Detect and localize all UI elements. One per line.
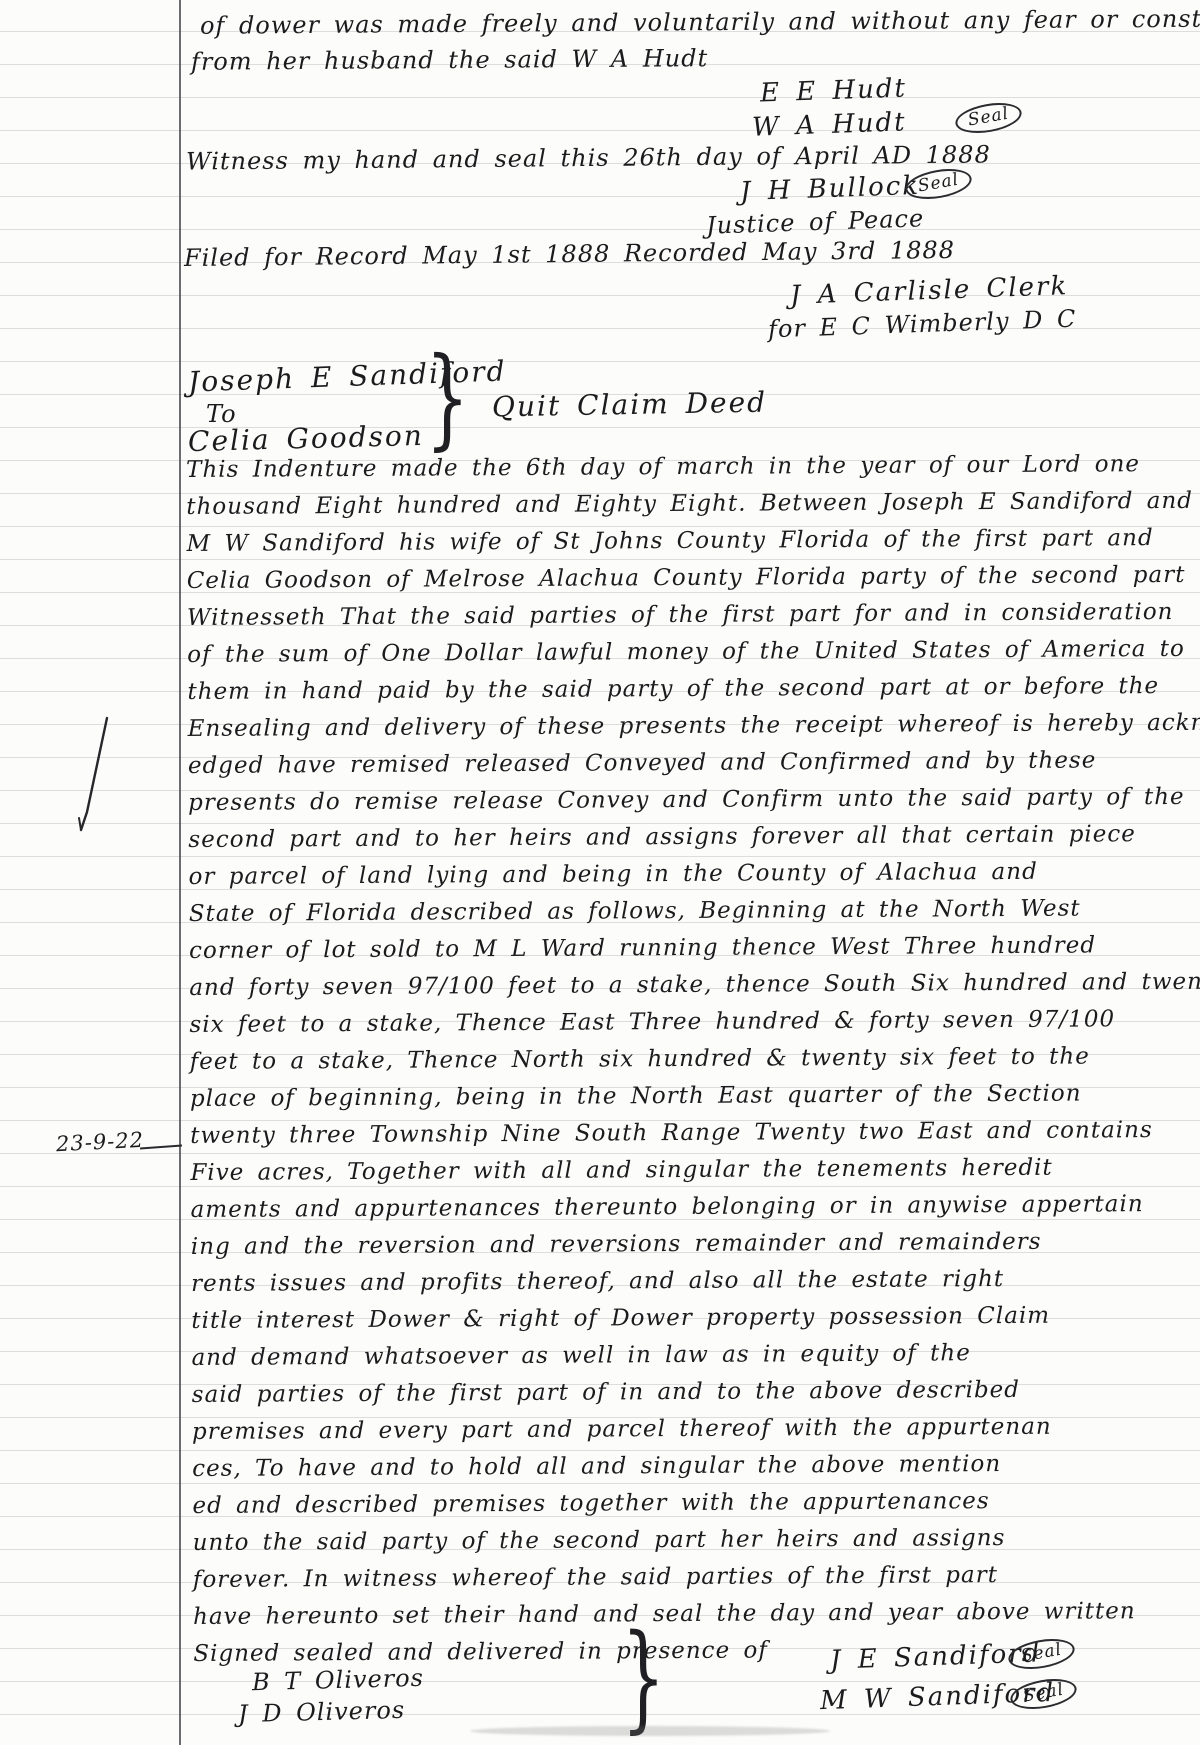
handwritten-line: six feet to a stake, Thence East Three h… [189, 1000, 1200, 1043]
handwritten-line: Celia Goodson of Melrose Alachua County … [187, 557, 1200, 600]
margin-checkmark-icon [78, 712, 112, 838]
handwritten-line: State of Florida described as follows, B… [189, 890, 1200, 933]
handwritten-line: of dower was made freely and voluntarily… [200, 4, 1200, 39]
closing-brace: } [621, 1611, 665, 1745]
handwritten-line: edged have remised released Conveyed and… [188, 742, 1200, 785]
handwritten-line: them in hand paid by the said party of t… [187, 668, 1200, 711]
handwritten-line: or parcel of land lying and being in the… [188, 853, 1200, 896]
deed-body: This Indenture made the 6th day of march… [186, 446, 1200, 1673]
handwritten-line: have hereunto set their hand and seal th… [193, 1592, 1200, 1635]
handwritten-line: second part and to her heirs and assigns… [188, 816, 1200, 859]
handwritten-line: thousand Eight hundred and Eighty Eight.… [186, 483, 1200, 526]
handwritten-line: Five acres, Together with all and singul… [190, 1148, 1200, 1191]
witness-signature-2: J D Oliveros [238, 1696, 406, 1728]
handwritten-line: from her husband the said W A Hudt [191, 44, 708, 76]
handwritten-line: ces, To have and to hold all and singula… [192, 1444, 1200, 1487]
handwritten-line: title interest Dower & right of Dower pr… [191, 1296, 1200, 1339]
margin-section-note: 23-9-22 [55, 1128, 144, 1157]
handwritten-line: rents issues and profits thereof, and al… [191, 1259, 1200, 1302]
handwritten-line: aments and appurtenances thereunto belon… [191, 1185, 1200, 1228]
handwritten-line: M W Sandiford his wife of St Johns Count… [186, 520, 1200, 563]
caption-brace: } [425, 334, 469, 462]
handwritten-line: unto the said party of the second part h… [193, 1518, 1200, 1561]
handwritten-line: ing and the reversion and reversions rem… [191, 1222, 1200, 1265]
handwritten-line: and forty seven 97/100 feet to a stake, … [189, 963, 1200, 1006]
handwritten-line: said parties of the first part of in and… [192, 1370, 1200, 1413]
handwritten-line: place of beginning, being in the North E… [190, 1074, 1200, 1117]
handwritten-line: forever. In witness whereof the said par… [193, 1555, 1200, 1598]
filing-record-line: Filed for Record May 1st 1888 Recorded M… [184, 236, 955, 272]
handwritten-line: This Indenture made the 6th day of march… [186, 446, 1200, 489]
instrument-title: Quit Claim Deed [492, 386, 768, 424]
handwritten-line: Witnesseth That the said parties of the … [187, 594, 1200, 637]
handwritten-line: and demand whatsoever as well in law as … [191, 1333, 1200, 1376]
handwritten-line: premises and every part and parcel there… [192, 1407, 1200, 1450]
handwritten-line: of the sum of One Dollar lawful money of… [187, 631, 1200, 674]
margin-rule-line [179, 0, 181, 1745]
signature-e-e-hudt: E E Hudt [760, 73, 908, 108]
handwritten-line: ed and described premises together with … [192, 1481, 1200, 1524]
signature-w-a-hudt: W A Hudt [752, 107, 907, 142]
deputy-clerk-line: for E C Wimberly D C [768, 305, 1077, 344]
handwritten-line: presents do remise release Convey and Co… [188, 779, 1200, 822]
seal-badge: Seal [953, 98, 1024, 137]
signature-clerk: J A Carlisle Clerk [790, 271, 1069, 311]
handwritten-line: Ensealing and delivery of these presents… [188, 705, 1200, 748]
officer-title: Justice of Peace [706, 204, 925, 240]
scan-smudge [470, 1726, 830, 1736]
witness-attestation-line: Witness my hand and seal this 26th day o… [186, 140, 991, 175]
handwritten-line: feet to a stake, Thence North six hundre… [190, 1037, 1200, 1080]
handwritten-line: corner of lot sold to M L Ward running t… [189, 926, 1200, 969]
signature-j-h-bullock: J H Bullock [740, 171, 921, 207]
witness-signature-1: B T Oliveros [252, 1664, 425, 1696]
document-page: 23-9-22 of dower was made freely and vol… [0, 0, 1200, 1745]
margin-note-dash [140, 1145, 182, 1150]
handwritten-line: twenty three Township Nine South Range T… [190, 1111, 1200, 1154]
